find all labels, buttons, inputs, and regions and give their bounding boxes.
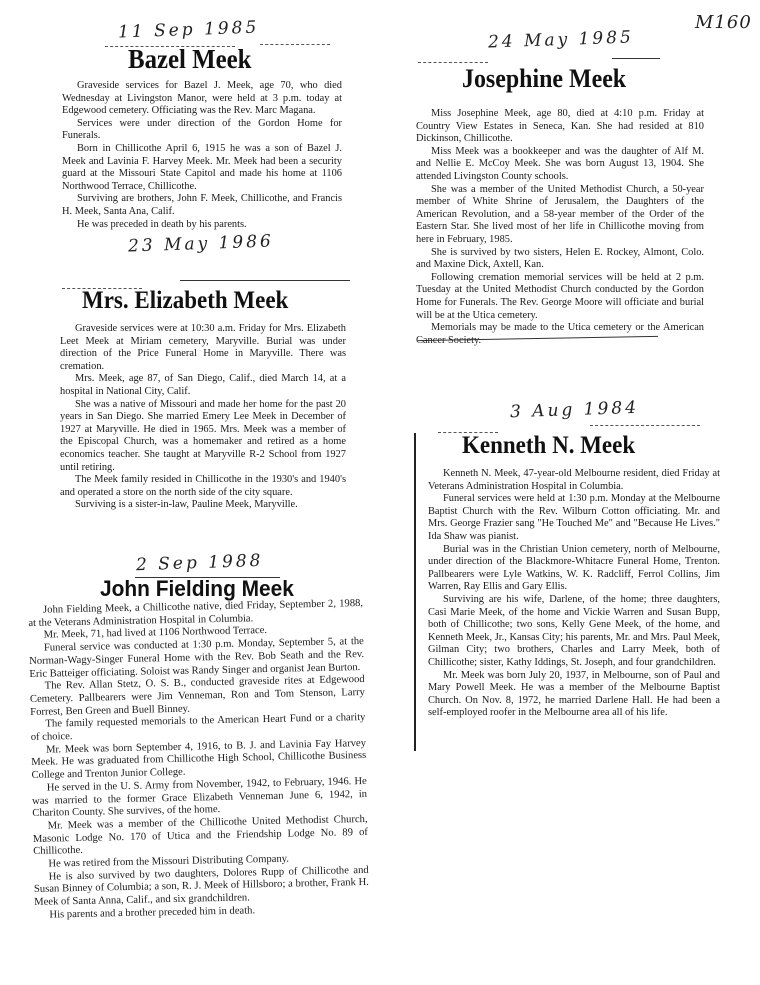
paragraph: Graveside services were at 10:30 a.m. Fr… [60, 323, 346, 373]
obituary-body: Graveside services for Bazel J. Meek, ag… [62, 80, 342, 231]
paragraph: Burial was in the Christian Union cemete… [428, 544, 720, 594]
divider [418, 62, 488, 63]
handwritten-date: 23 May 1986 [128, 231, 274, 256]
obituary-title: Mrs. Elizabeth Meek [82, 287, 288, 315]
obituary-body: Kenneth N. Meek, 47-year-old Melbourne r… [428, 468, 720, 720]
paragraph: Miss Meek was a bookkeeper and was the d… [416, 146, 704, 184]
paragraph: Memorials may be made to the Utica cemet… [416, 322, 704, 347]
obituary-title: John Fielding Meek [100, 576, 294, 602]
column-rule [414, 433, 416, 751]
paragraph: Mrs. Meek, age 87, of San Diego, Calif.,… [60, 373, 346, 398]
paragraph: The Meek family resided in Chillicothe i… [60, 474, 346, 499]
obituary-title: Bazel Meek [128, 44, 251, 75]
obituary-body: Miss Josephine Meek, age 80, died at 4:1… [416, 108, 704, 347]
divider [260, 44, 330, 45]
paragraph: Surviving are his wife, Darlene, of the … [428, 594, 720, 670]
handwritten-date: 24 May 1985 [488, 27, 634, 52]
paragraph: Born in Chillicothe April 6, 1915 he was… [62, 143, 342, 193]
paragraph: Surviving are brothers, John F. Meek, Ch… [62, 193, 342, 218]
obituary-body: Graveside services were at 10:30 a.m. Fr… [60, 323, 346, 512]
divider [612, 58, 660, 59]
paragraph: She was a member of the United Methodist… [416, 184, 704, 247]
obituary-title: Josephine Meek [462, 64, 626, 94]
paragraph: Following cremation memorial services wi… [416, 272, 704, 322]
paragraph: Funeral services were held at 1:30 p.m. … [428, 493, 720, 543]
divider [180, 280, 350, 281]
paragraph: Mr. Meek was born July 20, 1937, in Melb… [428, 670, 720, 720]
paragraph: Graveside services for Bazel J. Meek, ag… [62, 80, 342, 118]
obituary-title: Kenneth N. Meek [462, 432, 635, 460]
paragraph: Services were under direction of the Gor… [62, 118, 342, 143]
archive-mark: M160 [695, 12, 752, 33]
paragraph: He was preceded in death by his parents. [62, 219, 342, 232]
handwritten-date: 3 Aug 1984 [510, 398, 640, 422]
paragraph: Miss Josephine Meek, age 80, died at 4:1… [416, 108, 704, 146]
handwritten-date: 11 Sep 1985 [118, 18, 260, 43]
paragraph: She is survived by two sisters, Helen E.… [416, 247, 704, 272]
obituary-body: John Fielding Meek, a Chillicothe native… [28, 598, 370, 923]
divider [590, 425, 700, 426]
handwritten-date: 2 Sep 1988 [136, 551, 264, 575]
paragraph: She was a native of Missouri and made he… [60, 399, 346, 475]
paragraph: Kenneth N. Meek, 47-year-old Melbourne r… [428, 468, 720, 493]
paragraph: Surviving is a sister-in-law, Pauline Me… [60, 499, 346, 512]
